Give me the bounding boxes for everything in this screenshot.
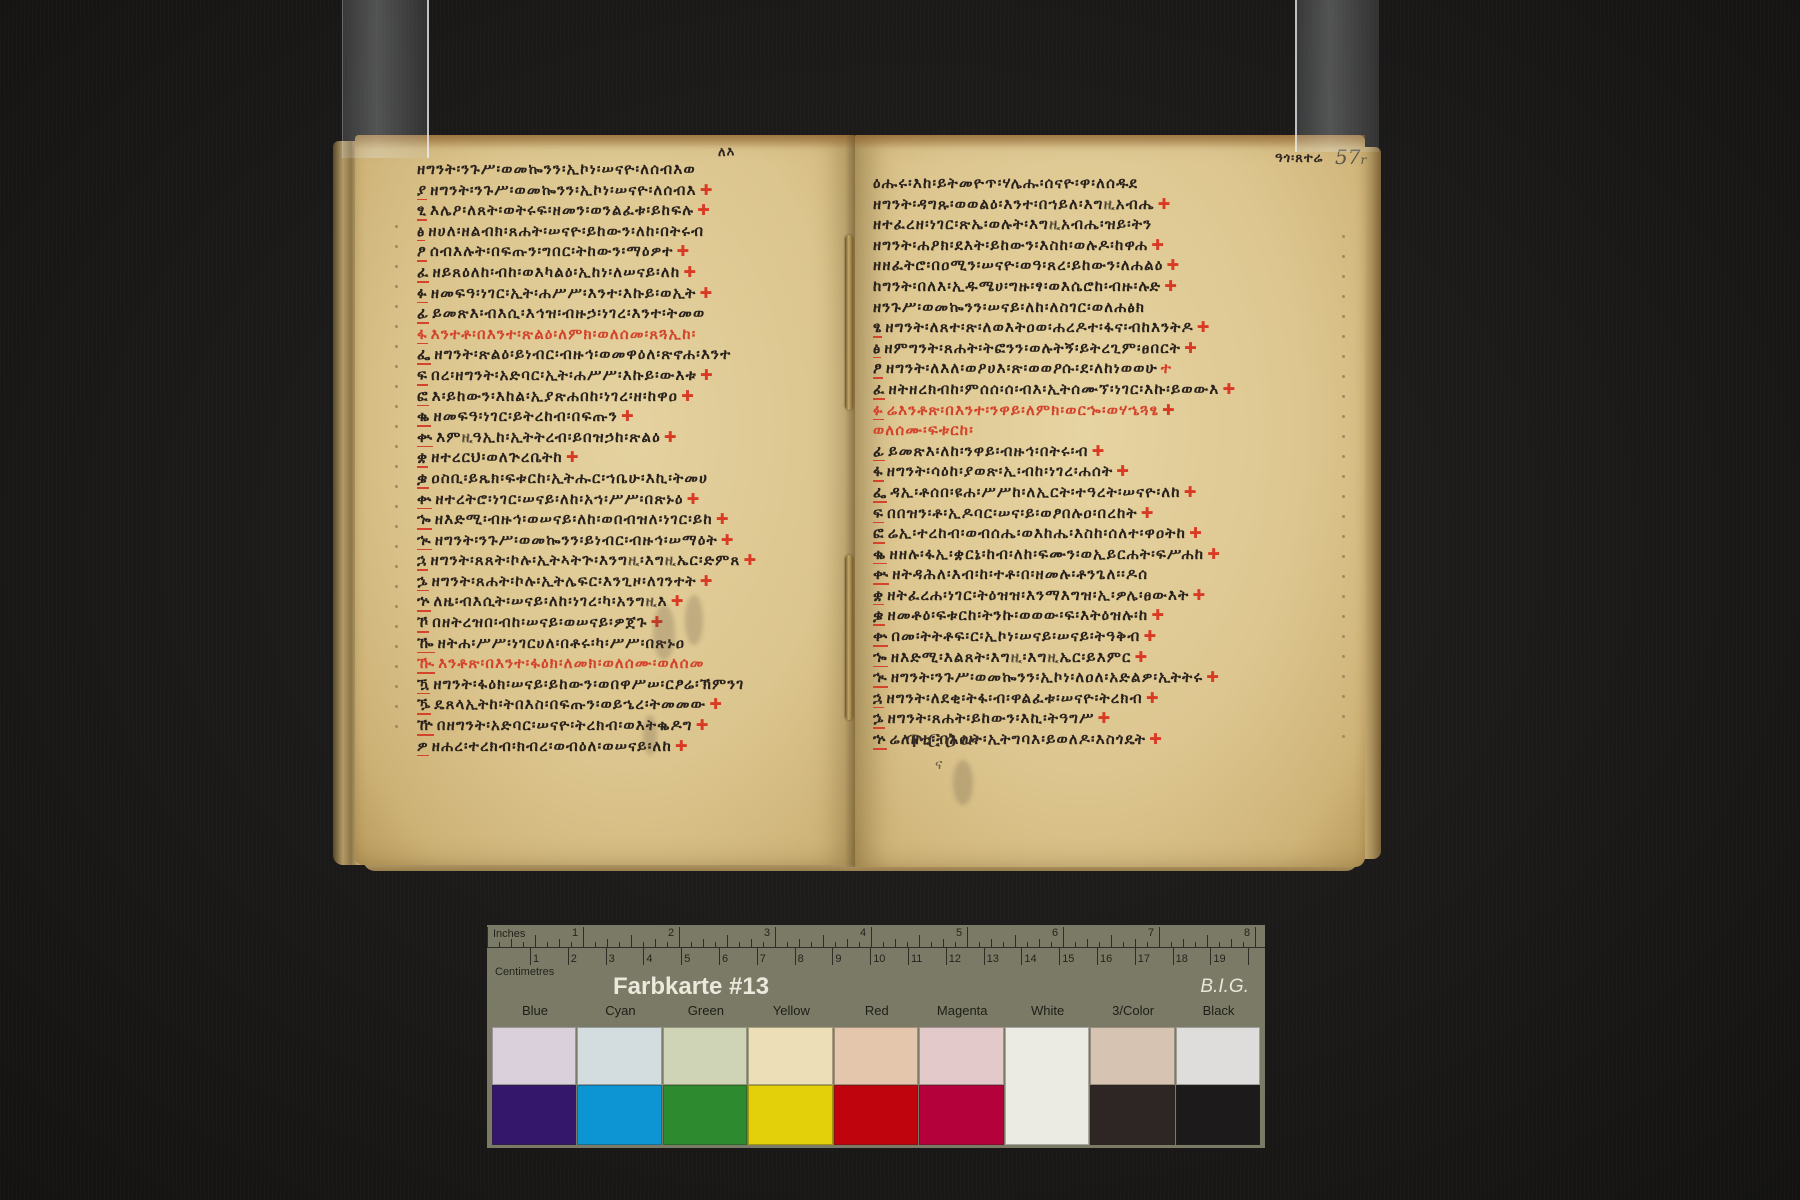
cm-tick bbox=[795, 947, 796, 965]
color-calibration-card: Inches Centimetres 123456781234567891011… bbox=[487, 925, 1265, 1148]
swatch-labels: BlueCyanGreenYellowRedMagentaWhite3/Colo… bbox=[487, 1003, 1265, 1023]
inch-tick bbox=[919, 935, 920, 947]
line-text: ዘይጸዕለከ፡ብከ፡ወእካልዕ፡ኢከነ፡ለሠናይ፡ለከ bbox=[432, 263, 680, 281]
text-line: ኊዘግንት፡ንጉሥ፡ወመኰንን፡ይነብር፡ብዙኅ፡ሠማዕት✚ bbox=[417, 530, 845, 551]
pricking-hole bbox=[395, 465, 398, 468]
inch-tick-label: 6 bbox=[1052, 927, 1058, 939]
pricking-hole bbox=[395, 525, 398, 528]
smudge-mark bbox=[643, 715, 657, 755]
inch-tick bbox=[1159, 927, 1160, 947]
inch-tick bbox=[1123, 942, 1124, 947]
line-text: በረ፡ዘግንት፡አድባር፡ኢት፡ሐሥሥ፡እኩይ፡ውእቱ bbox=[431, 366, 697, 384]
line-numeral: ቍ bbox=[417, 490, 432, 510]
text-line: ዘዘፈትሮ፡በዐሚን፡ሠናዮ፡ወዓ፡ጸረ፡ይከውን፡ለሐልዕ✚ bbox=[873, 255, 1343, 276]
inch-tick-label: 7 bbox=[1148, 927, 1154, 939]
inch-tick bbox=[979, 942, 980, 947]
line-numeral: ፈ bbox=[417, 263, 429, 283]
line-numeral: ኋ bbox=[417, 551, 428, 571]
open-manuscript: ለእ ዘግንት፡ንጉሥ፡ወመኰንን፡ኢኮነ፡ሠናዮ፡ለሰብእወያዘግንት፡ንጉሥ… bbox=[333, 135, 1381, 873]
text-line: ኋዘግንት፡ጸጸት፡ኮሉ፡ኢትኣትጕ፡እንግዚ፡እግዚኤር፡ድምጸ✚ bbox=[417, 550, 845, 571]
inch-tick bbox=[1039, 939, 1040, 947]
cm-tick-label: 17 bbox=[1138, 953, 1150, 965]
line-numeral: ኊ bbox=[417, 531, 432, 551]
red-cross-mark-icon: ✚ bbox=[1197, 318, 1211, 336]
cm-tick-label: 8 bbox=[798, 953, 804, 965]
line-text: በዘትረዝበ፡ብከ፡ሠናይ፡ወሠናይ፡ዎጀጉ bbox=[432, 613, 647, 631]
swatch-label-white: White bbox=[1005, 1003, 1091, 1018]
red-cross-mark-icon: ✚ bbox=[1192, 586, 1206, 604]
inch-tick bbox=[631, 935, 632, 947]
text-line: ፈዘይጸዕለከ፡ብከ፡ወእካልዕ፡ኢከነ፡ለሠናይ፡ለከ✚ bbox=[417, 262, 845, 283]
line-numeral: ኈ bbox=[873, 648, 888, 668]
text-line: ዘግንት፡ንጉሥ፡ወመኰንን፡ኢኮነ፡ሠናዮ፡ለሰብእወ bbox=[417, 159, 845, 180]
text-line: ፎሬኢ፡ተረከብ፡ወብሰሔ፡ወእከሔ፡እስከ፡ሰለተ፡ዋዐትከ✚ bbox=[873, 523, 1343, 544]
line-text: ዳኢ፡ቶሰበ፡ዩሐ፡ሥሥከ፡ለኢርት፡ተዓረት፡ሠናዮ፡ለከ bbox=[890, 483, 1180, 501]
line-numeral: ኾ bbox=[417, 613, 429, 633]
text-line: ፅዘሀለ፡ዘልብክ፡ጸሐት፡ሠናዮ፡ይከውን፡ለከ፡በትሩብ bbox=[417, 221, 845, 242]
inch-tick bbox=[1231, 939, 1232, 947]
pricking-hole bbox=[395, 245, 398, 248]
red-cross-mark-icon: ✚ bbox=[1162, 401, 1176, 419]
pricking-hole bbox=[395, 225, 398, 228]
line-numeral: ፂ bbox=[417, 201, 427, 221]
cm-tick bbox=[1059, 947, 1060, 965]
swatch-label-3-color: 3/Color bbox=[1090, 1003, 1176, 1018]
text-line: ቋዘተረርህ፡ወለጕረቤትከ✚ bbox=[417, 447, 845, 468]
pricking-hole bbox=[395, 545, 398, 548]
swatch-light-3-color bbox=[1090, 1027, 1174, 1085]
line-text: ሰብእሉት፡በፍጡን፡ግበር፡ትከውን፡ማዕዎተ bbox=[430, 242, 674, 260]
red-cross-mark-icon: ✚ bbox=[1098, 709, 1112, 727]
line-text: ዘትዳሕለ፡እብ፡ከ፡ተቶ፡በ፡ዘመሉ፡ቶንጌለ፡፡ዶሰ bbox=[892, 565, 1148, 583]
cm-tick-label: 15 bbox=[1062, 953, 1074, 965]
pricking-hole bbox=[395, 585, 398, 588]
inch-tick bbox=[943, 939, 944, 947]
text-line: ዘግንት፡ዳግጹ፡ወወልዕ፡እንተ፡በኀይለ፡እግዚአብሔ✚ bbox=[873, 194, 1343, 215]
pricking-hole bbox=[395, 405, 398, 408]
line-numeral: ፉ bbox=[417, 284, 428, 304]
red-cross-mark-icon: ✚ bbox=[744, 551, 758, 569]
inch-tick bbox=[1219, 942, 1220, 947]
line-numeral: ፆ bbox=[417, 242, 427, 262]
acrylic-page-clip-right bbox=[1295, 0, 1379, 152]
cm-tick-label: 14 bbox=[1024, 953, 1036, 965]
line-numeral: ፎ bbox=[873, 524, 885, 544]
text-line: ዕሑሩ፡እከ፡ይትመዮጥ፡ሃሌሑ፡ሰናዮ፡ዋ፡ለሰዱደ bbox=[873, 173, 1343, 194]
red-cross-mark-icon: ✚ bbox=[1206, 668, 1220, 686]
red-cross-mark-icon: ✚ bbox=[1135, 648, 1149, 666]
line-numeral: ቍ bbox=[873, 627, 888, 647]
pencil-shelfmark: ጥርዕሠ bbox=[905, 725, 984, 753]
swatch-dark-cyan bbox=[577, 1085, 661, 1145]
red-cross-mark-icon: ✚ bbox=[677, 242, 691, 260]
line-text: ዘግንት፡ፋዕክ፡ሠናይ፡ይከውን፡ወበዋሥሠ፡ርፆሬ፡ኽምንገ bbox=[433, 675, 744, 693]
line-text: ዘዘሉ፡ፋኢ፡ቋርኔ፡ከብ፡ለከ፡ፍሙን፡ወኢይርሐት፡ፍሥሐከ bbox=[890, 545, 1205, 563]
inch-tick bbox=[1015, 935, 1016, 947]
smudge-mark bbox=[685, 595, 703, 645]
cm-tick-label: 2 bbox=[571, 953, 577, 965]
text-line: ኈዘእድሚ፡እልጸት፡እግዚ፡እግዚኤር፡ይእምር✚ bbox=[873, 647, 1343, 668]
line-numeral: ኍ bbox=[417, 592, 431, 612]
swatch-label-magenta: Magenta bbox=[919, 1003, 1005, 1018]
swatch-dark-yellow bbox=[748, 1085, 832, 1145]
inch-tick bbox=[571, 942, 572, 947]
inch-tick bbox=[931, 942, 932, 947]
text-line: ቊእምዚዓኢከ፡ኢትትረብ፡ይበዝኃከ፡ጽልዕ✚ bbox=[417, 427, 845, 448]
inch-tick bbox=[799, 939, 800, 947]
line-text: ዘግንት፡ንጉሥ፡ወመኰንን፡ኢኮነ፡ሠናዮ፡ለሰብእ bbox=[430, 181, 696, 199]
line-numeral: ፆ bbox=[873, 359, 883, 379]
pricking-hole bbox=[395, 265, 398, 268]
line-text: ዘእድሚ፡ብዙኅ፡ወሠናይ፡ለከ፡ወበብዝለ፡ነገር፡ይከ bbox=[435, 510, 713, 528]
line-text: ዘግንት፡ንጉሥ፡ወመኰንን፡ይነብር፡ብዙኅ፡ሠማዕት bbox=[435, 531, 718, 549]
line-numeral: ቌ bbox=[417, 469, 429, 489]
pricking-hole bbox=[395, 625, 398, 628]
cm-tick bbox=[1173, 947, 1174, 965]
rubric-line: ፋእንተቶ፡በእንተ፡ጽልዕ፡ለምክ፡ወለሰመ፡ጸጓኢከ፡ bbox=[417, 324, 845, 345]
rubric-line: ወለሰሙ፡ፍቱርከ፡ bbox=[873, 420, 1343, 441]
cm-tick bbox=[530, 947, 531, 965]
swatch-label-cyan: Cyan bbox=[577, 1003, 663, 1018]
line-numeral: ፅ bbox=[873, 339, 881, 359]
inch-tick bbox=[691, 942, 692, 947]
line-text: ዘግንት፡ለደቂ፡ትፋ፡ብ፡ዋልፈቱ፡ሠናዮ፡ትረክብ bbox=[887, 689, 1143, 707]
text-line: ቊዘትዳሕለ፡እብ፡ከ፡ተቶ፡በ፡ዘመሉ፡ቶንጌለ፡፡ዶሰ bbox=[873, 564, 1343, 585]
red-cross-mark-icon: ✚ bbox=[716, 510, 730, 528]
cm-tick bbox=[908, 947, 909, 965]
line-text: ዘግንት፡ለጸተ፡ጽ፡ለወእትዐወ፡ሐረዶተ፡ፋና፡ብከእንትዶ bbox=[885, 318, 1193, 336]
inch-tick bbox=[595, 942, 596, 947]
inch-tick bbox=[1135, 939, 1136, 947]
inch-tick-label: 4 bbox=[860, 927, 866, 939]
inch-tick bbox=[859, 942, 860, 947]
inch-tick bbox=[871, 927, 872, 947]
swatch-light-magenta bbox=[919, 1027, 1003, 1085]
binding-stitch-upper bbox=[845, 235, 853, 410]
line-text: እ፡ይከውን፡እከል፡ኢያጽሐበከ፡ነገረ፡ዘ፡ከዋዐ bbox=[432, 387, 678, 405]
red-cross-mark-icon: ✚ bbox=[696, 716, 710, 734]
pricking-hole bbox=[395, 285, 398, 288]
inch-tick bbox=[811, 942, 812, 947]
line-numeral: ኋ bbox=[873, 689, 884, 709]
inch-tick-label: 2 bbox=[668, 927, 674, 939]
pricking-hole bbox=[395, 325, 398, 328]
text-line: ዘተፈረዘ፡ነገር፡ጽኤ፡ወሉት፡እግዚአብሔ፡ዝይ፡ትን bbox=[873, 214, 1343, 235]
pricking-hole bbox=[395, 425, 398, 428]
text-line: ፌዘግንት፡ጽልዕ፡ይነብር፡ብዙኅ፡ወመዋዕለ፡ጽኖሐ፡እንተ bbox=[417, 344, 845, 365]
red-cross-mark-icon: ✚ bbox=[1146, 689, 1160, 707]
swatch-label-red: Red bbox=[834, 1003, 920, 1018]
line-text: ዘመፍዓ፡ነገር፡ኢት፡ሐሥሥ፡እንተ፡እኩይ፡ወኢት bbox=[431, 284, 697, 302]
inch-tick bbox=[763, 942, 764, 947]
cm-tick-label: 1 bbox=[533, 953, 539, 965]
red-cross-mark-icon: ✚ bbox=[1151, 606, 1165, 624]
line-numeral: ኌ bbox=[873, 709, 885, 729]
cm-tick bbox=[643, 947, 644, 965]
swatch-dark-black bbox=[1176, 1085, 1260, 1145]
red-cross-mark-icon: ✚ bbox=[1158, 195, 1172, 213]
line-text: ከግንት፡በለእ፡ኢዱሜሀ፡ግዙ፡ፃ፡ወእሴሮከ፡ብዙ፡ሉድ bbox=[873, 277, 1161, 295]
cm-tick-label: 7 bbox=[760, 953, 766, 965]
cm-tick bbox=[606, 947, 607, 965]
right-page-header-catchword: ዓጎ፡ጸተሬ bbox=[1275, 151, 1323, 166]
swatch-dark-green bbox=[663, 1085, 747, 1145]
inch-tick bbox=[1087, 939, 1088, 947]
cm-tick-label: 9 bbox=[835, 953, 841, 965]
line-text: ዘግንት፡ጽልዕ፡ይነብር፡ብዙኅ፡ወመዋዕለ፡ጽኖሐ፡እንተ bbox=[434, 345, 731, 363]
swatch-dark-red bbox=[834, 1085, 918, 1145]
line-numeral: ፌ bbox=[417, 345, 431, 365]
red-cross-mark-icon: ✚ bbox=[621, 407, 635, 425]
red-cross-mark-icon: ✚ bbox=[675, 737, 689, 755]
ruler-centimetres-label: Centimetres bbox=[495, 966, 554, 978]
red-cross-mark-icon: ✚ bbox=[1141, 504, 1155, 522]
red-cross-mark-icon: ✚ bbox=[687, 490, 701, 508]
inch-tick bbox=[619, 942, 620, 947]
line-text: በመ፡ትትቶፍ፡ር፡ኢኮነ፡ሠናይ፡ሠናይ፡ትዓቅብ bbox=[891, 627, 1140, 645]
line-text: ዘግንት፡ንጉሥ፡ወመኰንን፡ኢኮነ፡ለዐለ፡አድልዎ፡ኢትትሩ bbox=[891, 668, 1203, 686]
red-cross-mark-icon: ✚ bbox=[1116, 462, 1130, 480]
line-numeral: ዀ bbox=[417, 634, 435, 654]
inch-tick bbox=[739, 942, 740, 947]
red-cross-mark-icon: ✚ bbox=[1164, 277, 1178, 295]
swatch-dark-3-color bbox=[1090, 1085, 1174, 1145]
line-text: እሌዖ፡ለጸት፡ወትሩፍ፡ዘመን፡ወንልፈቱ፡ይከፍሉ bbox=[430, 201, 694, 219]
inch-tick bbox=[1207, 935, 1208, 947]
line-text: ዘግንት፡ሐዖክ፡ደእት፡ይከውን፡እስከ፡ወሉዶ፡ከዋሐ bbox=[873, 236, 1148, 254]
line-text: ዐስቢ፡ይጼክ፡ፍቱርከ፡ኢትሑር፡ኀቤሁ፡እኪ፡ትመሀ bbox=[432, 469, 709, 487]
pricking-hole bbox=[395, 645, 398, 648]
line-numeral: ፊ bbox=[873, 442, 885, 462]
inch-tick bbox=[487, 927, 488, 947]
line-numeral: ፌ bbox=[873, 483, 887, 503]
inch-tick bbox=[955, 942, 956, 947]
line-text: ዘምግንት፡ጸሐት፡ትፎንን፡ወሉትኝ፡ይትረጊም፡ፀበርት bbox=[884, 339, 1181, 357]
text-line: ዘግንት፡ሐዖክ፡ደእት፡ይከውን፡እስከ፡ወሉዶ፡ከዋሐ✚ bbox=[873, 235, 1343, 256]
line-text: ዘትፈረሐ፡ነገር፡ትዕዝዝ፡እንማእግዝ፡ኢ፡ዎሌ፡ፀውእት bbox=[887, 586, 1189, 604]
pricking-hole bbox=[395, 345, 398, 348]
line-numeral: ዂ bbox=[417, 654, 435, 674]
red-cross-mark-icon: ✚ bbox=[709, 695, 723, 713]
line-text: ዘግንት፡ሳዕከ፡ያወጽ፡ኢ፡ብከ፡ነገረ፡ሐሰት bbox=[887, 462, 1114, 480]
line-text: ዘመፍዓ፡ነገር፡ይትረከብ፡በፍጡን bbox=[434, 407, 618, 425]
text-line: ኍለዜ፡ብእሲት፡ሠናይ፡ለከ፡ነገረ፡ካ፡አንግዚእ✚ bbox=[417, 591, 845, 612]
cm-tick bbox=[1135, 947, 1136, 965]
inch-tick bbox=[547, 942, 548, 947]
swatch-light-black bbox=[1176, 1027, 1260, 1085]
pricking-hole bbox=[395, 385, 398, 388]
line-text: ዴጸላኢትከ፡ትበእስ፡በፍጡን፡ወይኄረ፡ትመመው bbox=[434, 695, 706, 713]
cm-tick bbox=[1210, 947, 1211, 965]
inch-tick bbox=[1075, 942, 1076, 947]
line-numeral: ዄ bbox=[417, 695, 431, 715]
inch-tick bbox=[715, 942, 716, 947]
text-line: ፎእ፡ይከውን፡እከል፡ኢያጽሐበከ፡ነገረ፡ዘ፡ከዋዐ✚ bbox=[417, 386, 845, 407]
text-line: ቈዘዘሉ፡ፋኢ፡ቋርኔ፡ከብ፡ለከ፡ፍሙን፡ወኢይርሐት፡ፍሥሐከ✚ bbox=[873, 544, 1343, 565]
cm-tick bbox=[946, 947, 947, 965]
line-numeral: ፊ bbox=[417, 304, 429, 324]
line-numeral: ፍ bbox=[873, 504, 884, 524]
text-line: ፉዘመፍዓ፡ነገር፡ኢት፡ሐሥሥ፡እንተ፡እኩይ፡ወኢት✚ bbox=[417, 283, 845, 304]
cm-tick bbox=[984, 947, 985, 965]
inch-tick bbox=[727, 935, 728, 947]
inch-tick bbox=[583, 927, 584, 947]
line-numeral: ፅ bbox=[417, 222, 425, 242]
left-page-header-mark: ለእ bbox=[718, 145, 735, 160]
binding-stitch-lower bbox=[845, 555, 853, 720]
line-numeral: ቌ bbox=[873, 606, 885, 626]
rubric-line: ፉሬእንቶጽ፡በእንተ፡ንዋይ፡ለምክ፡ወርኈ፡ወሃኄጓፄ✚ bbox=[873, 400, 1343, 421]
inch-tick-label: 8 bbox=[1244, 927, 1250, 939]
pricking-hole bbox=[395, 505, 398, 508]
line-numeral: ፈ bbox=[873, 380, 885, 400]
line-numeral: ፋ bbox=[417, 325, 428, 345]
red-cross-mark-icon: ✚ bbox=[1207, 545, 1221, 563]
line-text: ዘዘፈትሮ፡በዐሚን፡ሠናዮ፡ወዓ፡ጸረ፡ይከውን፡ለሐልዕ bbox=[873, 256, 1164, 274]
cm-tick-label: 3 bbox=[609, 953, 615, 965]
line-text: ዘተረርህ፡ወለጕረቤትከ bbox=[431, 448, 563, 466]
line-text: ዘግንት፡ለእለ፡ወዖሀእ፡ጽ፡ወወዖሱ፡ደ፡ለከነወወሁ bbox=[886, 359, 1158, 377]
card-title: Farbkarte #13 bbox=[613, 973, 769, 1001]
inch-tick bbox=[511, 939, 512, 947]
swatch-dark-magenta bbox=[919, 1085, 1003, 1145]
inch-tick-label: 5 bbox=[956, 927, 962, 939]
swatch-label-blue: Blue bbox=[492, 1003, 578, 1018]
inch-tick-label: 3 bbox=[764, 927, 770, 939]
line-numeral: ቊ bbox=[873, 565, 889, 585]
red-cross-mark-icon: ✚ bbox=[721, 531, 735, 549]
swatch-light-green bbox=[663, 1027, 747, 1085]
pricking-hole bbox=[395, 485, 398, 488]
swatch-label-black: Black bbox=[1176, 1003, 1262, 1018]
cm-tick bbox=[1021, 947, 1022, 965]
red-cross-mark-icon: ተ bbox=[1161, 359, 1172, 377]
red-cross-mark-icon: ✚ bbox=[1184, 339, 1198, 357]
text-line: ፋዘግንት፡ሳዕከ፡ያወጽ፡ኢ፡ብከ፡ነገረ፡ሐሰት✚ bbox=[873, 461, 1343, 482]
rubric-line: ዂእንቶጽ፡በእንተ፡ፋዕክ፡ለመክ፡ወለሰሙ፡ወለሰመ bbox=[417, 653, 845, 674]
cm-tick-label: 19 bbox=[1213, 953, 1225, 965]
red-cross-mark-icon: ✚ bbox=[1167, 256, 1181, 274]
inch-tick bbox=[847, 939, 848, 947]
text-line: ፅዘምግንት፡ጸሐት፡ትፎንን፡ወሉትኝ፡ይትረጊም፡ፀበርት✚ bbox=[873, 338, 1343, 359]
inch-tick bbox=[1027, 942, 1028, 947]
text-line: ዎዘሐረ፡ተረክብ፡ክብረ፡ወብዕለ፡ወሠናይ፡ለከ✚ bbox=[417, 736, 845, 757]
inch-tick bbox=[1063, 927, 1064, 947]
text-line: ኊዘግንት፡ንጉሥ፡ወመኰንን፡ኢኮነ፡ለዐለ፡አድልዎ፡ኢትትሩ✚ bbox=[873, 667, 1343, 688]
line-text: ዘእድሚ፡እልጸት፡እግዚ፡እግዚኤር፡ይእምር bbox=[891, 648, 1132, 666]
line-numeral: ኊ bbox=[873, 668, 888, 688]
line-text: ዘሀለ፡ዘልብክ፡ጸሐት፡ሠናዮ፡ይከውን፡ለከ፡በትሩብ bbox=[428, 222, 704, 240]
red-cross-mark-icon: ✚ bbox=[1092, 442, 1106, 460]
line-numeral: ፍ bbox=[417, 366, 428, 386]
inch-tick bbox=[1147, 942, 1148, 947]
text-line: ቋዘትፈረሐ፡ነገር፡ትዕዝዝ፡እንማእግዝ፡ኢ፡ዎሌ፡ፀውእት✚ bbox=[873, 585, 1343, 606]
inch-tick bbox=[1195, 942, 1196, 947]
line-text: ሬኢ፡ተረከብ፡ወብሰሔ፡ወእከሔ፡እስከ፡ሰለተ፡ዋዐትከ bbox=[888, 524, 1186, 542]
cm-tick-label: 10 bbox=[873, 953, 885, 965]
inch-tick bbox=[523, 942, 524, 947]
text-line: ፊይመጽእ፡ብእሲ፡እኅዝ፡ብዙኃ፡ነገረ፡እንተ፡ትመወ bbox=[417, 303, 845, 324]
red-cross-mark-icon: ✚ bbox=[699, 284, 713, 302]
inch-tick bbox=[535, 935, 536, 947]
red-cross-mark-icon: ✚ bbox=[681, 387, 695, 405]
inch-tick bbox=[679, 927, 680, 947]
red-cross-mark-icon: ✚ bbox=[700, 366, 714, 384]
cm-tick-label: 4 bbox=[646, 953, 652, 965]
inch-tick bbox=[655, 939, 656, 947]
text-line: ቍበመ፡ትትቶፍ፡ር፡ኢኮነ፡ሠናይ፡ሠናይ፡ትዓቅብ✚ bbox=[873, 626, 1343, 647]
text-line: ፂእሌዖ፡ለጸት፡ወትሩፍ፡ዘመን፡ወንልፈቱ፡ይከፍሉ✚ bbox=[417, 200, 845, 221]
line-numeral: ቋ bbox=[417, 448, 428, 468]
text-line: ዅበዘግንት፡አድባር፡ሠናዮ፡ትረክብ፡ወእትቈዶግ✚ bbox=[417, 715, 845, 736]
line-text: ዘግንት፡ጸሐት፡ኮሉ፡ኢትሌፍር፡እንጊዞ፡ለገንተት bbox=[432, 572, 697, 590]
inch-tick bbox=[835, 942, 836, 947]
text-line: ቌዐስቢ፡ይጼክ፡ፍቱርከ፡ኢትሑር፡ኀቤሁ፡እኪ፡ትመሀ bbox=[417, 468, 845, 489]
line-numeral: ዅ bbox=[417, 716, 434, 736]
red-cross-mark-icon: ✚ bbox=[1184, 483, 1198, 501]
inch-tick bbox=[883, 942, 884, 947]
inch-tick bbox=[559, 939, 560, 947]
line-text: በበዝን፡ቶ፡ኢዶባር፡ሠና፡ይ፡ወፆበሉዐ፡በረከት bbox=[887, 504, 1138, 522]
inch-tick bbox=[1051, 942, 1052, 947]
line-numeral: ፋ bbox=[873, 462, 884, 482]
pricking-marks-left bbox=[395, 225, 398, 745]
swatch-label-green: Green bbox=[663, 1003, 749, 1018]
line-numeral: ዎ bbox=[417, 737, 429, 757]
text-line: ፆሰብእሉት፡በፍጡን፡ግበር፡ትከውን፡ማዕዎተ✚ bbox=[417, 241, 845, 262]
text-line: ዘንጉሥ፡ወመኰንን፡ሠናይ፡ለከ፡ለስገር፡ወለሐፅክ bbox=[873, 297, 1343, 318]
line-text: ይመጽእ፡ብእሲ፡እኅዝ፡ብዙኃ፡ነገረ፡እንተ፡ትመወ bbox=[432, 304, 705, 322]
cm-tick bbox=[1248, 947, 1249, 965]
inch-tick bbox=[667, 942, 668, 947]
text-line: ዀዘትሐ፡ሥሥ፡ነገርሀለ፡በቶሩ፡ካ፡ሥሥ፡በጽኑዐ bbox=[417, 633, 845, 654]
inch-tick bbox=[703, 939, 704, 947]
cm-tick-label: 5 bbox=[684, 953, 690, 965]
card-brand: B.I.G. bbox=[1200, 976, 1249, 998]
ruler-divider bbox=[487, 947, 1265, 948]
cm-tick-label: 18 bbox=[1176, 953, 1188, 965]
inch-tick bbox=[607, 939, 608, 947]
line-numeral: ዃ bbox=[417, 675, 430, 695]
left-page: ለእ ዘግንት፡ንጉሥ፡ወመኰንን፡ኢኮነ፡ሠናዮ፡ለሰብእወያዘግንት፡ንጉሥ… bbox=[355, 135, 855, 865]
line-numeral: ቋ bbox=[873, 586, 884, 606]
pricking-hole bbox=[395, 305, 398, 308]
line-text: ዘተፈረዘ፡ነገር፡ጽኤ፡ወሉት፡እግዚአብሔ፡ዝይ፡ትን bbox=[873, 215, 1152, 233]
text-line: ኈዘእድሚ፡ብዙኅ፡ወሠናይ፡ለከ፡ወበብዝለ፡ነገር፡ይከ✚ bbox=[417, 509, 845, 530]
smudge-mark bbox=[653, 605, 675, 660]
pricking-hole bbox=[395, 605, 398, 608]
line-numeral: ፎ bbox=[417, 387, 429, 407]
line-text: ዕሑሩ፡እከ፡ይትመዮጥ፡ሃሌሑ፡ሰናዮ፡ዋ፡ለሰዱደ bbox=[873, 174, 1138, 192]
line-numeral: ኈ bbox=[417, 510, 432, 530]
ruler-inches-label: Inches bbox=[493, 928, 525, 940]
pricking-hole bbox=[395, 665, 398, 668]
pencil-shelfmark-sub: ና bbox=[935, 757, 946, 773]
swatch-label-yellow: Yellow bbox=[748, 1003, 834, 1018]
inch-tick bbox=[895, 939, 896, 947]
red-cross-mark-icon: ✚ bbox=[700, 572, 714, 590]
red-cross-mark-icon: ✚ bbox=[697, 201, 711, 219]
cm-tick bbox=[757, 947, 758, 965]
line-text: ዘግንት፡ንጉሥ፡ወመኰንን፡ኢኮነ፡ሠናዮ፡ለሰብእወ bbox=[417, 160, 696, 178]
text-line: ዃዘግንት፡ፋዕክ፡ሠናይ፡ይከውን፡ወበዋሥሠ፡ርፆሬ፡ኽምንገ bbox=[417, 674, 845, 695]
inch-tick bbox=[1183, 939, 1184, 947]
cm-tick bbox=[719, 947, 720, 965]
line-text: ዘመቶዕ፡ፍቱርከ፡ትንኩ፡ወወው፡ፍ፡እትዕዝሉ፡ከ bbox=[888, 606, 1149, 624]
red-cross-mark-icon: ✚ bbox=[1144, 627, 1158, 645]
pricking-hole bbox=[395, 685, 398, 688]
inch-tick bbox=[967, 927, 968, 947]
